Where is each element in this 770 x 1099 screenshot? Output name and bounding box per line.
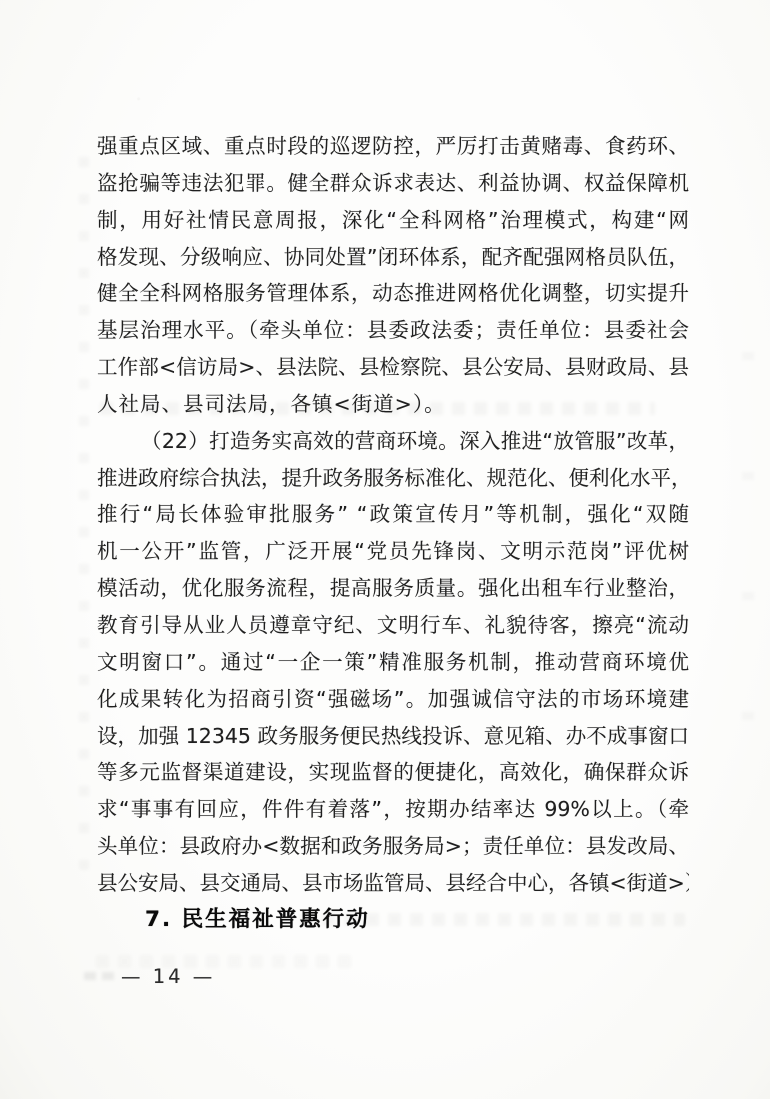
text-line: 基层治理水平。（牵头单位：县委政法委；责任单位：县委社会	[97, 312, 689, 349]
text-line: 机一公开”监管，广泛开展“党员先锋岗、文明示范岗”评优树	[97, 533, 689, 570]
text-line: 化成果转化为招商引资“强磁场”。加强诚信守法的市场环境建	[97, 681, 689, 718]
bleedthrough-artifact	[79, 150, 89, 870]
text-line: 工作部<信访局>、县法院、县检察院、县公安局、县财政局、县	[97, 349, 689, 386]
text-line: 文明窗口”。通过“一企一策”精准服务机制，推动营商环境优	[97, 644, 689, 681]
text-line: 格发现、分级响应、协同处置”闭环体系，配齐配强网格员队伍，	[97, 239, 689, 276]
text-line: 推进政府综合执法，提升政务服务标准化、规范化、便利化水平，	[97, 460, 689, 497]
text-line: 头单位：县政府办<数据和政务服务局>；责任单位：县发改局、	[97, 828, 689, 865]
text-line: 求“事事有回应，件件有着落”，按期办结率达 99%以上。（牵	[97, 791, 689, 828]
text-line: 设，加强 12345 政务服务便民热线投诉、意见箱、办不成事窗口	[97, 718, 689, 755]
text-line: 教育引导从业人员遵章守纪、文明行车、礼貌待客，擦亮“流动	[97, 607, 689, 644]
text-line: 推行“局长体验审批服务” “政策宣传月”等机制，强化“双随	[97, 496, 689, 533]
section-heading: 7. 民生福祉普惠行动	[97, 902, 689, 939]
page-number: — 14 —	[121, 965, 215, 988]
text-line-paragraph-start: （22）打造务实高效的营商环境。深入推进“放管服”改革，	[97, 423, 689, 460]
bleedthrough-artifact	[84, 972, 120, 980]
text-line: 县公安局、县交通局、县市场监管局、县经合中心，各镇<街道>）。	[97, 865, 689, 902]
text-line: 盗抢骗等违法犯罪。健全群众诉求表达、利益协调、权益保障机	[97, 165, 689, 202]
text-line: 强重点区域、重点时段的巡逻防控，严厉打击黄赌毒、食药环、	[97, 128, 689, 165]
text-line: 等多元监督渠道建设，实现监督的便捷化，高效化，确保群众诉	[97, 754, 689, 791]
text-line: 模活动，优化服务流程，提高服务质量。强化出租车行业整治，	[97, 570, 689, 607]
bleedthrough-artifact	[742, 300, 754, 720]
scanned-document-page: { "document": { "lines": [ "强重点区域、重点时段的巡…	[0, 0, 770, 1099]
text-line: 人社局、县司法局，各镇<街道>）。	[97, 386, 689, 423]
document-body: 强重点区域、重点时段的巡逻防控，严厉打击黄赌毒、食药环、 盗抢骗等违法犯罪。健全…	[97, 128, 689, 939]
text-line: 制，用好社情民意周报，深化“全科网格”治理模式，构建“网	[97, 202, 689, 239]
text-line: 健全全科网格服务管理体系，动态推进网格优化调整，切实提升	[97, 275, 689, 312]
